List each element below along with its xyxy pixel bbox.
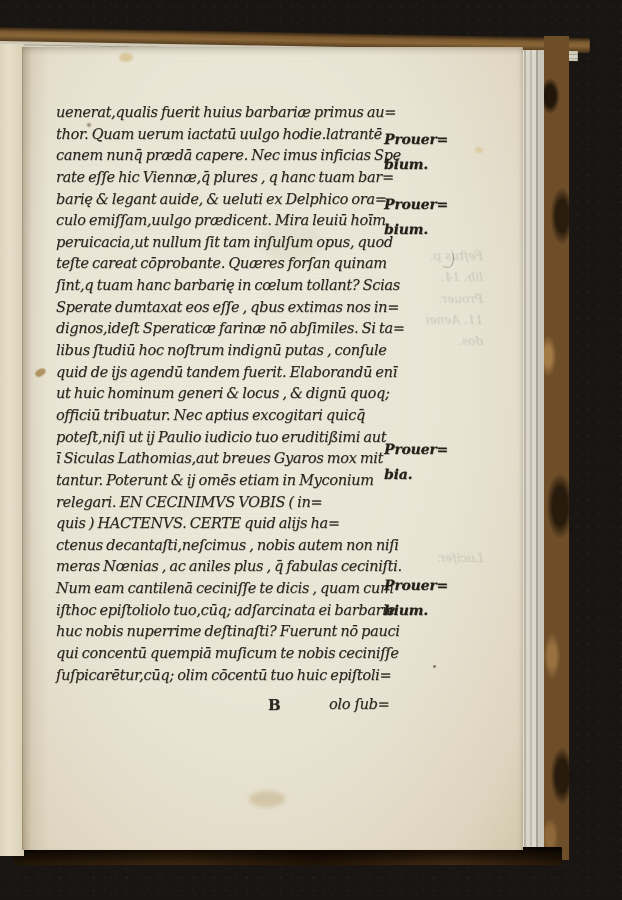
text-line-3: canem nunq̄ prædā capere. Nec imus infic… — [56, 146, 388, 168]
text-line-14: ut huic hominum generi & locus , & dignū… — [56, 384, 388, 406]
margin-note-1: Prouer=bium. — [384, 128, 472, 178]
text-line-11: dignos,ideſt Speraticæ farinæ nō abſimil… — [56, 319, 388, 341]
showthrough-line-5: dos. — [417, 332, 483, 350]
text-line-6: culo emiſſam,uulgo prædicent. Mira leuiū… — [56, 211, 388, 233]
showthrough-line-2: lib. 14. — [417, 268, 483, 286]
margin-note-4: Prouer=bium. — [384, 574, 472, 624]
book-page: uenerat,qualis fuerit huius barbariæ pri… — [22, 47, 523, 850]
foxing-spot — [249, 791, 285, 807]
text-line-7: peruicacia,ut nullum ſit tam inſulſum op… — [56, 233, 388, 255]
margin-note-line: bium. — [384, 218, 472, 243]
margin-note-line: bia. — [384, 463, 472, 488]
margin-note-line: Prouer= — [384, 128, 472, 153]
text-line-23: Num eam cantilenā ceciniſſe te dicis , q… — [56, 579, 388, 601]
text-line-26: qui concentū quempiā muſicum te nobis ce… — [56, 644, 388, 666]
text-line-10: Sperate dumtaxat eos eſſe , qbus extimas… — [56, 298, 388, 320]
gutter-shadow — [23, 47, 49, 850]
text-line-2: thor. Quam uerum iactatū uulgo hodie.lat… — [56, 125, 388, 147]
facing-page-sliver — [0, 44, 24, 856]
text-line-4: rate eſſe hic Viennæ,q̄ plures , q hanc … — [56, 168, 388, 190]
text-line-15: officiū tribuatur. Nec aptius excogitari… — [56, 406, 388, 428]
text-line-18: tantur. Poterunt & ij omēs etiam in Myco… — [56, 471, 388, 493]
text-line-25: huc nobis nuperrime deſtinaſti? Fuerunt … — [56, 622, 388, 644]
margin-note-2: Prouer=bium. — [384, 193, 472, 243]
foxing-spot — [475, 147, 483, 153]
text-line-16: poteſt,niſi ut ij Paulio iudicio tuo eru… — [56, 428, 388, 450]
margin-note-line: bium. — [384, 599, 472, 624]
showthrough-line-6: Lucifer. — [417, 549, 483, 567]
showthrough-line-4: 11. Aenei — [417, 311, 483, 329]
text-line-22: meras Nœnias , ac aniles plus , q̄ fabul… — [56, 557, 388, 579]
text-line-5: barię & legant auide, & ueluti ex Delphi… — [56, 190, 388, 212]
text-line-19: relegari. EN CECINIMVS VOBIS ( in= — [56, 493, 388, 515]
signature-mark: B — [268, 696, 281, 714]
text-line-27: ſuſpicarētur,cūq; olim cōcentū tuo huic … — [56, 666, 388, 688]
text-line-12: libus ſtudiū hoc noſtrum indignū putas ,… — [56, 341, 388, 363]
text-line-1: uenerat,qualis fuerit huius barbariæ pri… — [56, 103, 388, 125]
margin-note-line: Prouer= — [384, 574, 472, 599]
text-block: uenerat,qualis fuerit huius barbariæ pri… — [56, 103, 388, 687]
text-line-24: iſthoc epiſtoliolo tuo,cūq; adſarcinata … — [56, 601, 388, 623]
catchword: olo ſub= — [329, 696, 389, 714]
text-line-8: teſte careat cōprobante. Quæres forſan q… — [56, 254, 388, 276]
foxing-spot — [119, 53, 133, 62]
pen-mark — [443, 249, 455, 268]
page-edges-right — [521, 50, 544, 850]
margin-note-line: Prouer= — [384, 438, 472, 463]
foxing-spot — [433, 665, 436, 668]
text-line-13: quid de ijs agendū tandem fuerit. Elabor… — [56, 363, 388, 385]
margin-note-line: bium. — [384, 153, 472, 178]
showthrough-line-3: Prouer. — [417, 290, 483, 308]
text-line-17: ī Siculas Lathomias,aut breues Gyaros mo… — [56, 449, 388, 471]
text-line-9: ſint,q tuam hanc barbarię in cœlum tolla… — [56, 276, 388, 298]
margin-note-line: Prouer= — [384, 193, 472, 218]
book-cover-fore-edge — [544, 36, 569, 860]
scanned-book-photo: uenerat,qualis fuerit huius barbariæ pri… — [0, 0, 622, 900]
text-line-20: quis ) HACTENVS. CERTE quid alijs ha= — [56, 514, 388, 536]
text-line-21: ctenus decantaſti,neſcimus , nobis autem… — [56, 536, 388, 558]
margin-note-3: Prouer=bia. — [384, 438, 472, 488]
